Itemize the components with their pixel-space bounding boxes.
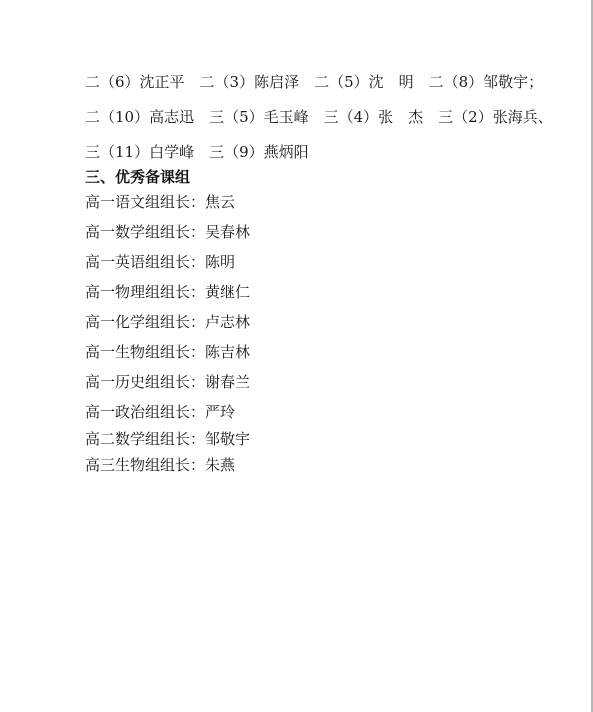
award-roster-line: 二（6）沈正平 二（3）陈启泽 二（5）沈 明 二（8）邹敬宇； — [85, 72, 545, 92]
award-roster-line: 三（11）白学峰 三（9）燕炳阳 — [85, 142, 545, 162]
group-leader-line: 高一生物组组长：陈吉林 — [85, 342, 545, 362]
document-page: 二（6）沈正平 二（3）陈启泽 二（5）沈 明 二（8）邹敬宇； 二（10）高志… — [0, 0, 593, 712]
group-leader-line: 高一历史组组长：谢春兰 — [85, 372, 545, 392]
group-leader-line: 高一语文组组长：焦云 — [85, 192, 545, 212]
group-leader-line: 高一政治组组长：严玲 — [85, 402, 545, 422]
group-leader-line: 高一英语组组长：陈明 — [85, 252, 545, 272]
section-heading: 三、优秀备课组 — [85, 167, 545, 187]
document-content: 二（6）沈正平 二（3）陈启泽 二（5）沈 明 二（8）邹敬宇； 二（10）高志… — [0, 0, 593, 475]
group-leader-line: 高三生物组组长：朱燕 — [85, 455, 545, 475]
group-leader-line: 高一数学组组长：吴春林 — [85, 222, 545, 242]
group-leader-line: 高二数学组组长：邹敬宇 — [85, 429, 545, 449]
award-roster-line: 二（10）高志迅 三（5）毛玉峰 三（4）张 杰 三（2）张海兵、 — [85, 107, 545, 127]
group-leader-line: 高一物理组组长：黄继仁 — [85, 282, 545, 302]
group-leader-line: 高一化学组组长：卢志林 — [85, 312, 545, 332]
